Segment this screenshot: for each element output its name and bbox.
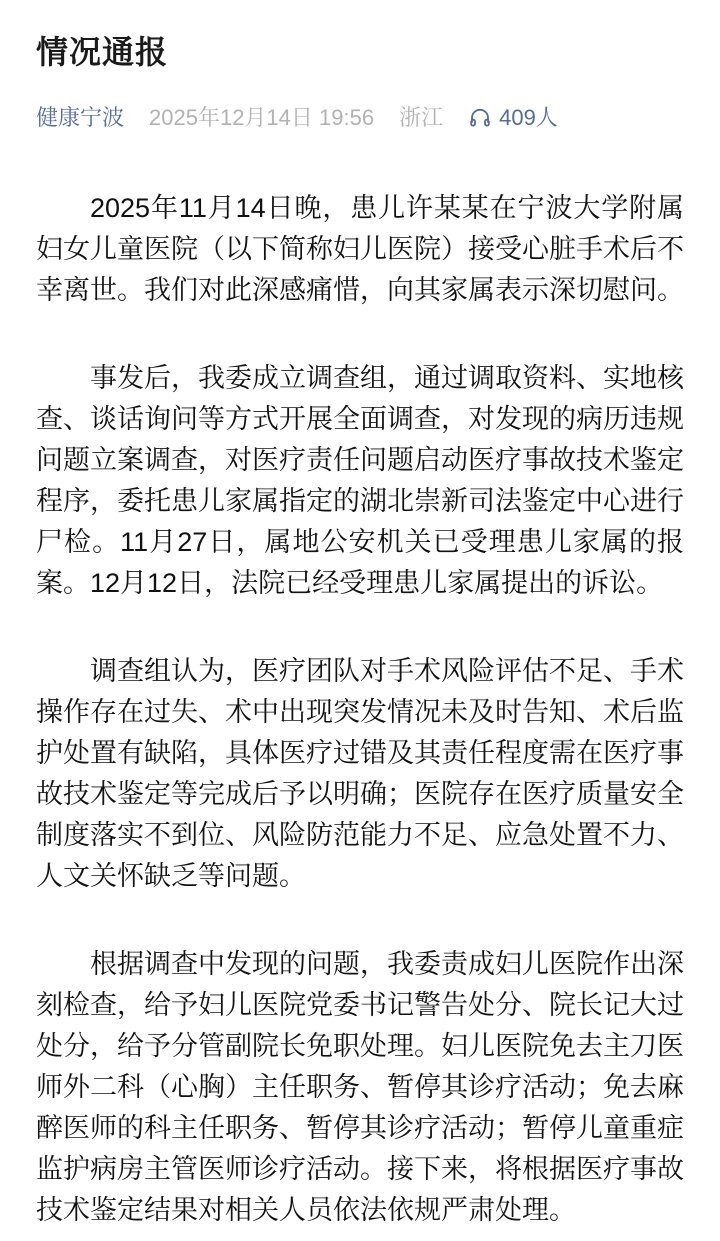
paragraph-2: 事发后，我委成立调查组，通过调取资料、实地核查、谈话询问等方式开展全面调查，对发… — [36, 358, 684, 604]
article-meta: 健康宁波 2025年12月14日 19:56 浙江 409人 — [36, 104, 684, 132]
headphones-icon — [468, 106, 492, 130]
listen-button[interactable]: 409人 — [468, 104, 558, 132]
article-page: 情况通报 健康宁波 2025年12月14日 19:56 浙江 409人 2025… — [0, 0, 720, 1241]
paragraph-4: 根据调查中发现的问题，我委责成妇儿医院作出深刻检查，给予妇儿医院党委书记警告处分… — [36, 944, 684, 1231]
article-body: 2025年11月14日晚，患儿许某某在宁波大学附属妇女儿童医院（以下简称妇儿医院… — [36, 188, 684, 1231]
article-title: 情况通报 — [36, 0, 684, 74]
account-link[interactable]: 健康宁波 — [36, 104, 124, 132]
listen-count: 409人 — [499, 104, 558, 132]
publish-location: 浙江 — [399, 104, 443, 132]
paragraph-1: 2025年11月14日晚，患儿许某某在宁波大学附属妇女儿童医院（以下简称妇儿医院… — [36, 188, 684, 311]
publish-date: 2025年12月14日 19:56 — [149, 104, 374, 132]
paragraph-3: 调查组认为，医疗团队对手术风险评估不足、手术操作存在过失、术中出现突发情况未及时… — [36, 651, 684, 897]
